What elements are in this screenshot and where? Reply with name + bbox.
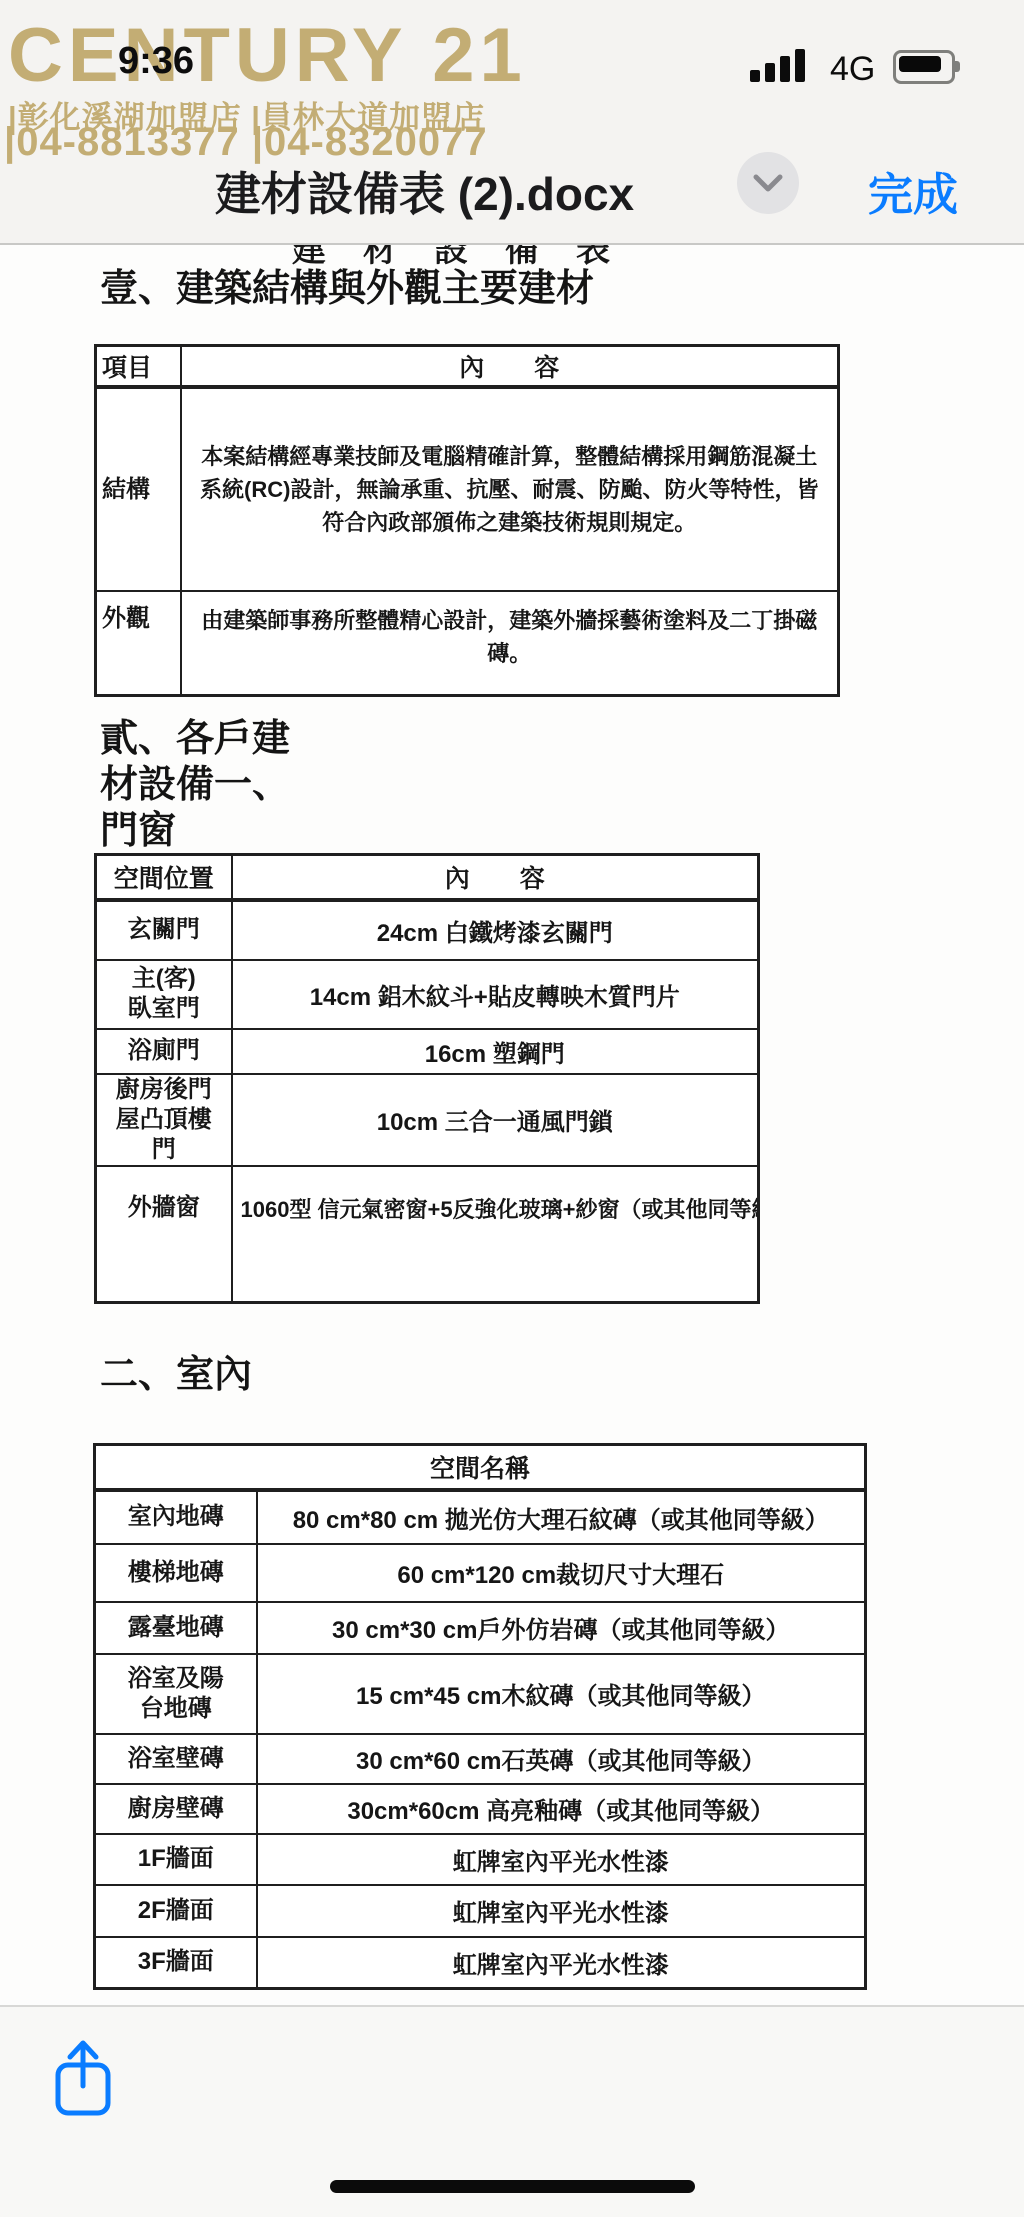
row-label: 主(客) 臥室門 — [96, 960, 232, 1029]
row-label: 室內地磚 — [95, 1490, 257, 1544]
table-row: 露臺地磚30 cm*30 cm戶外仿岩磚（或其他同等級） — [95, 1602, 866, 1654]
row-value: 14cm 鋁木紋斗+貼皮轉映木質門片 — [232, 960, 759, 1029]
table-row: 主(客) 臥室門14cm 鋁木紋斗+貼皮轉映木質門片 — [96, 960, 759, 1029]
table-row: 室內地磚80 cm*80 cm 拋光仿大理石紋磚（或其他同等級） — [95, 1490, 866, 1544]
row-label: 浴廁門 — [96, 1029, 232, 1074]
column-header: 內 容 — [232, 855, 759, 900]
interior-table: 空間名稱室內地磚80 cm*80 cm 拋光仿大理石紋磚（或其他同等級）樓梯地磚… — [93, 1443, 867, 1990]
row-value: 30cm*60cm 高亮釉磚（或其他同等級） — [257, 1784, 866, 1834]
document-filename-title: 建材設備表 (2).docx — [215, 158, 634, 224]
column-header: 空間名稱 — [95, 1445, 866, 1490]
row-label: 樓梯地磚 — [95, 1544, 257, 1602]
row-value: 16cm 塑鋼門 — [232, 1029, 759, 1074]
row-label: 結構 — [96, 387, 181, 591]
signal-bars-icon — [750, 48, 820, 82]
table-row: 2F牆面虹牌室內平光水性漆 — [95, 1885, 866, 1937]
row-value: 虹牌室內平光水性漆 — [257, 1937, 866, 1989]
row-value: 60 cm*120 cm裁切尺寸大理石 — [257, 1544, 866, 1602]
share-icon — [50, 2038, 116, 2118]
filename-menu-button[interactable] — [737, 152, 799, 214]
row-label: 浴室壁磚 — [95, 1734, 257, 1784]
table-row: 廚房後門 屋凸頂樓門10cm 三合一通風門鎖 — [96, 1074, 759, 1166]
battery-icon — [893, 50, 955, 84]
row-value: 1060型 信元氣密窗+5反強化玻璃+紗窗（或其他同等級） — [232, 1166, 759, 1303]
row-value: 15 cm*45 cm木紋磚（或其他同等級） — [257, 1654, 866, 1734]
network-type-label: 4G — [830, 50, 875, 89]
doors-windows-table: 空間位置內 容玄關門24cm 白鐵烤漆玄關門主(客) 臥室門14cm 鋁木紋斗+… — [94, 853, 760, 1304]
row-label: 浴室及陽 台地磚 — [95, 1654, 257, 1734]
done-button[interactable]: 完成 — [868, 158, 958, 223]
row-value: 由建築師事務所整體精心設計，建築外牆採藝術塗料及二丁掛磁磚。 — [181, 591, 839, 695]
row-label: 外牆窗 — [96, 1166, 232, 1303]
column-header: 內 容 — [181, 346, 839, 388]
row-label: 1F牆面 — [95, 1834, 257, 1885]
column-header: 空間位置 — [96, 855, 232, 900]
row-value: 30 cm*60 cm石英磚（或其他同等級） — [257, 1734, 866, 1784]
section3-heading: 二、室內 — [100, 1352, 252, 1398]
row-label: 3F牆面 — [95, 1937, 257, 1989]
row-value: 虹牌室內平光水性漆 — [257, 1834, 866, 1885]
column-header: 項目 — [96, 346, 181, 388]
table-row: 樓梯地磚60 cm*120 cm裁切尺寸大理石 — [95, 1544, 866, 1602]
table-row: 3F牆面虹牌室內平光水性漆 — [95, 1937, 866, 1989]
row-value: 10cm 三合一通風門鎖 — [232, 1074, 759, 1166]
row-label: 廚房壁磚 — [95, 1784, 257, 1834]
share-button[interactable] — [50, 2038, 116, 2118]
status-time: 9:36 — [118, 40, 194, 83]
table-row: 廚房壁磚30cm*60cm 高亮釉磚（或其他同等級） — [95, 1784, 866, 1834]
table-row: 浴室壁磚30 cm*60 cm石英磚（或其他同等級） — [95, 1734, 866, 1784]
table-row: 浴室及陽 台地磚15 cm*45 cm木紋磚（或其他同等級） — [95, 1654, 866, 1734]
table-row: 外觀由建築師事務所整體精心設計，建築外牆採藝術塗料及二丁掛磁磚。 — [96, 591, 839, 695]
table-row: 外牆窗1060型 信元氣密窗+5反強化玻璃+紗窗（或其他同等級） — [96, 1166, 759, 1303]
row-value: 24cm 白鐵烤漆玄關門 — [232, 900, 759, 960]
section1-heading: 壹、建築結構與外觀主要建材 — [100, 266, 594, 312]
row-label: 玄關門 — [96, 900, 232, 960]
table-row: 結構本案結構經專業技師及電腦精確計算，整體結構採用鋼筋混凝土系統(RC)設計，無… — [96, 387, 839, 591]
table-row: 1F牆面虹牌室內平光水性漆 — [95, 1834, 866, 1885]
section2-heading: 貳、各戶建 材設備一、 門窗 — [100, 716, 290, 854]
row-value: 80 cm*80 cm 拋光仿大理石紋磚（或其他同等級） — [257, 1490, 866, 1544]
row-label: 露臺地磚 — [95, 1602, 257, 1654]
row-label: 外觀 — [96, 591, 181, 695]
row-value: 虹牌室內平光水性漆 — [257, 1885, 866, 1937]
structure-exterior-table: 項目內 容結構本案結構經專業技師及電腦精確計算，整體結構採用鋼筋混凝土系統(RC… — [94, 344, 840, 697]
table-row: 浴廁門16cm 塑鋼門 — [96, 1029, 759, 1074]
home-indicator[interactable] — [330, 2180, 695, 2193]
row-value: 本案結構經專業技師及電腦精確計算，整體結構採用鋼筋混凝土系統(RC)設計，無論承… — [181, 387, 839, 591]
row-value: 30 cm*30 cm戶外仿岩磚（或其他同等級） — [257, 1602, 866, 1654]
row-label: 2F牆面 — [95, 1885, 257, 1937]
row-label: 廚房後門 屋凸頂樓門 — [96, 1074, 232, 1166]
table-row: 玄關門24cm 白鐵烤漆玄關門 — [96, 900, 759, 960]
chevron-down-icon — [753, 173, 783, 193]
